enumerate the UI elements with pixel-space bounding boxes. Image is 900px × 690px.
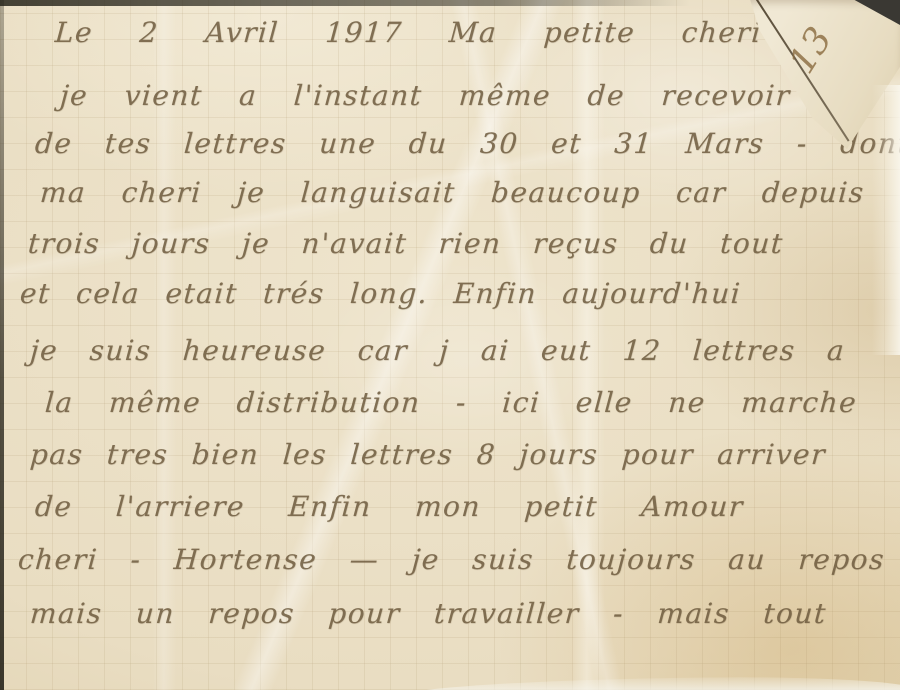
scan-edge-left: [0, 0, 4, 690]
letter-line: je vient a l'instant même de recevoir e: [59, 79, 846, 112]
letter-line: de tes lettres une du 30 et 31 Mars - do…: [34, 127, 900, 160]
letter-line: ma cheri je languisait beaucoup car depu…: [39, 176, 866, 209]
letter-line: de l'arriere Enfin mon petit Amour: [34, 490, 745, 523]
scan-edge-top: [0, 0, 690, 6]
letter-line: la même distribution - ici elle ne march…: [44, 386, 859, 419]
letter-line: cheri - Hortense — je suis toujours au r…: [17, 543, 886, 576]
torn-right-edge: [872, 85, 900, 355]
letter-line: pas tres bien les lettres 8 jours pour a…: [29, 438, 827, 471]
letter-line: et cela etait trés long. Enfin aujourd'h…: [19, 277, 743, 310]
letter-scan: Le 2 Avril 1917 Ma petite cheri adoré je…: [0, 0, 900, 690]
letter-body: Le 2 Avril 1917 Ma petite cheri adoré je…: [0, 0, 900, 690]
letter-line: je suis heureuse car j ai eut 12 lettres…: [29, 334, 847, 367]
letter-line: mais un repos pour travailler - mais tou…: [29, 597, 828, 630]
letter-line: trois jours je n'avait rien reçus du tou…: [27, 227, 785, 260]
